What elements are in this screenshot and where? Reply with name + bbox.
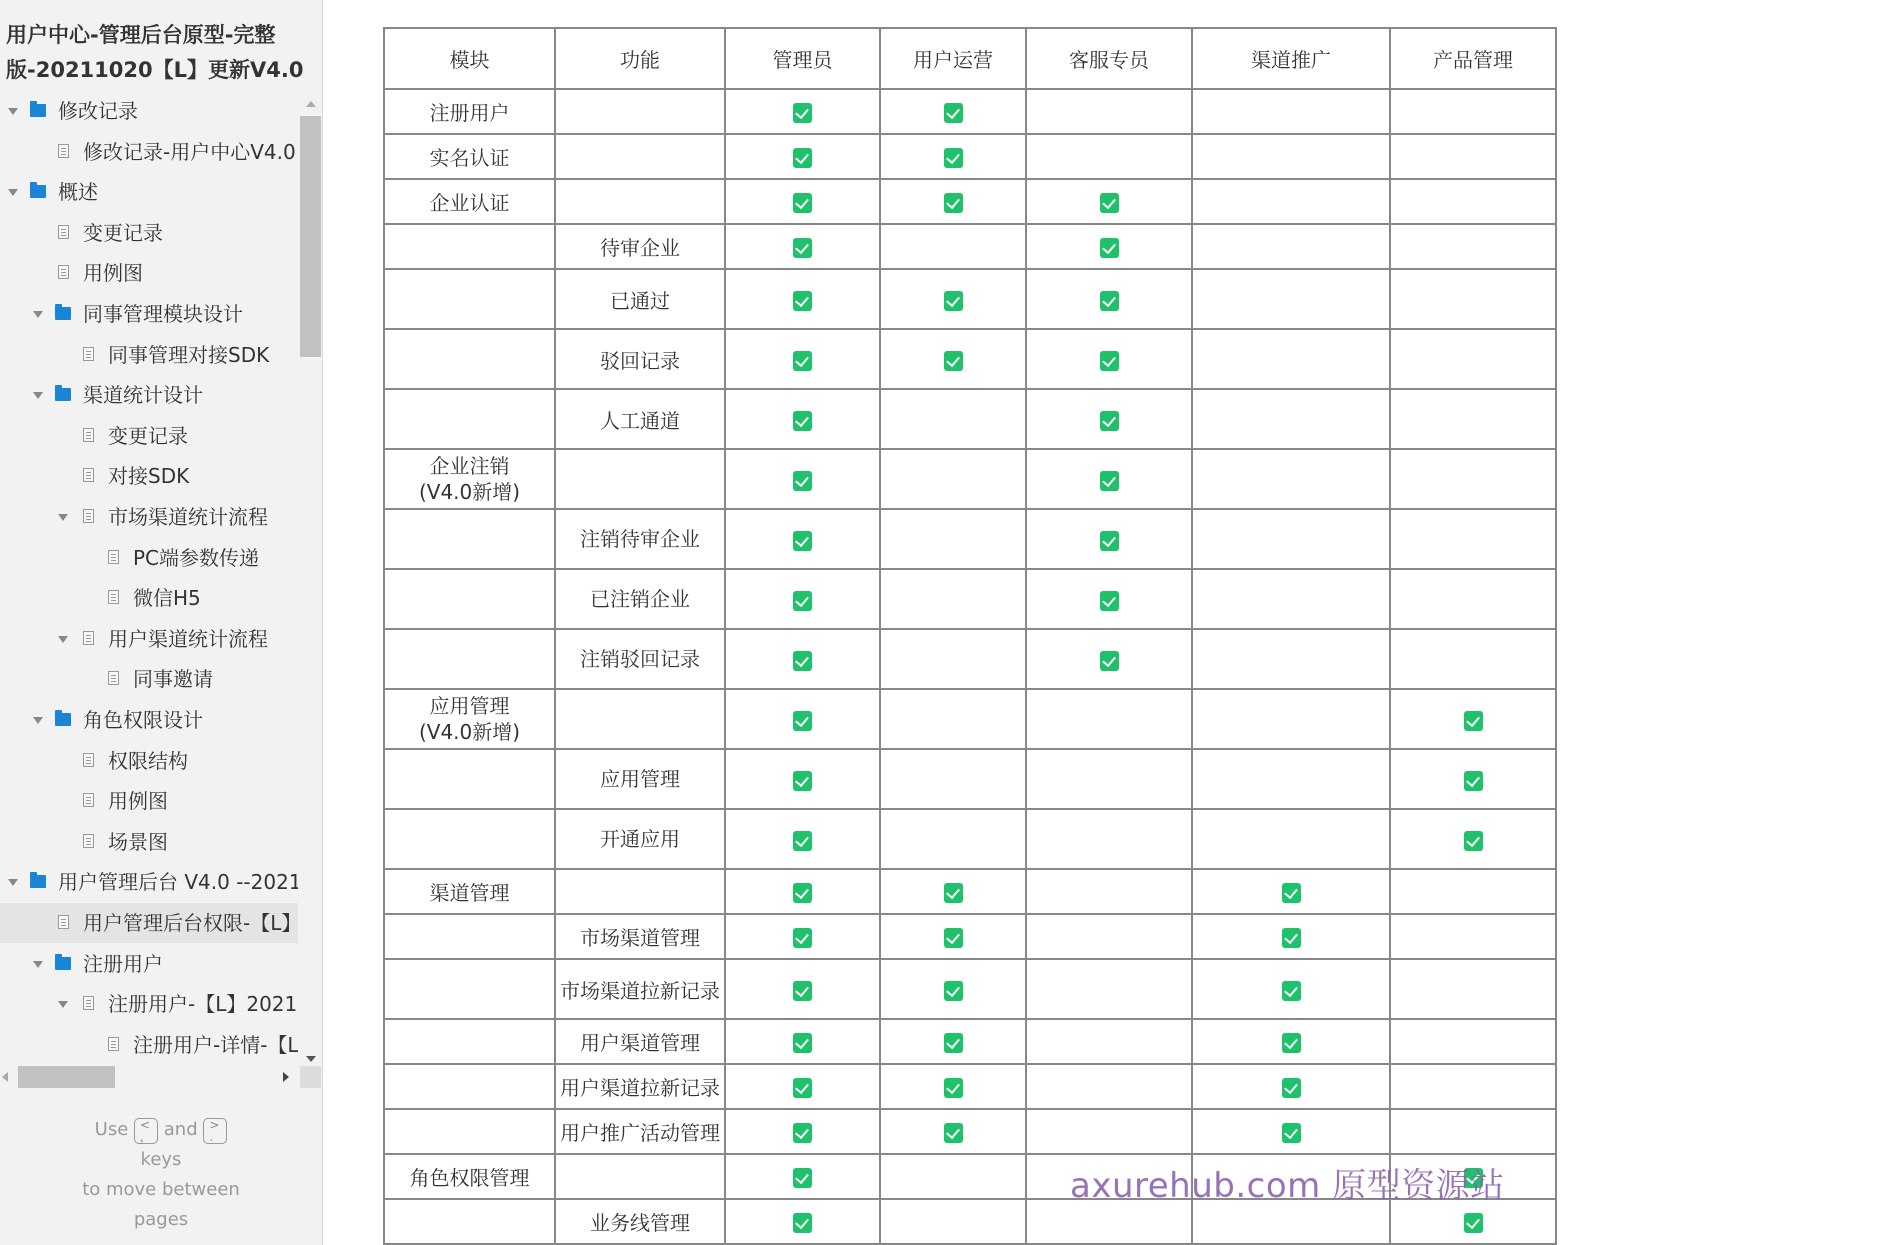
- header-module: 模块: [384, 28, 555, 89]
- hint-and-text: and: [164, 1119, 198, 1140]
- table-header-row: 模块 功能 管理员 用户运营 客服专员 渠道推广 产品管理: [384, 28, 1556, 89]
- permission-cell: [1390, 689, 1556, 749]
- expand-arrow-icon[interactable]: [8, 108, 18, 115]
- permission-cell: [880, 224, 1026, 269]
- checkbox-checked-icon[interactable]: [793, 471, 812, 491]
- checkbox-checked-icon[interactable]: [944, 981, 963, 1001]
- checkbox-checked-icon[interactable]: [1464, 1213, 1483, 1233]
- permission-cell: [1192, 569, 1390, 629]
- checkbox-checked-icon[interactable]: [793, 531, 812, 551]
- checkbox-checked-icon[interactable]: [1282, 928, 1301, 948]
- checkbox-checked-icon[interactable]: [1282, 1123, 1301, 1143]
- function-cell: 应用管理: [555, 749, 725, 809]
- checkbox-checked-icon[interactable]: [1282, 883, 1301, 903]
- permission-cell: [1026, 1019, 1192, 1064]
- checkbox-checked-icon[interactable]: [793, 1213, 812, 1233]
- permission-cell: [1390, 749, 1556, 809]
- sidebar-item-label: 同事管理对接SDK: [108, 335, 269, 375]
- function-cell: 已注销企业: [555, 569, 725, 629]
- page-icon: [58, 225, 69, 239]
- checkbox-checked-icon[interactable]: [944, 1078, 963, 1098]
- module-cell: [384, 569, 555, 629]
- permission-cell: [725, 224, 880, 269]
- sidebar-item-label: 对接SDK: [108, 456, 189, 496]
- permission-cell: [880, 89, 1026, 134]
- table-row: 开通应用: [384, 809, 1556, 869]
- permission-cell: [1390, 914, 1556, 959]
- prev-key-icon: <,: [134, 1118, 158, 1144]
- permission-cell: [1192, 329, 1390, 389]
- function-cell: 驳回记录: [555, 329, 725, 389]
- module-cell: [384, 269, 555, 329]
- sidebar-item-label: 变更记录: [83, 213, 163, 253]
- permission-cell: [1026, 179, 1192, 224]
- checkbox-checked-icon[interactable]: [944, 1123, 963, 1143]
- checkbox-checked-icon[interactable]: [1100, 651, 1119, 671]
- page-icon: [108, 1037, 119, 1051]
- table-row: 注册用户: [384, 89, 1556, 134]
- permission-cell: [1026, 509, 1192, 569]
- sidebar-item-label: 用例图: [83, 253, 143, 293]
- permission-cell: [1192, 1019, 1390, 1064]
- scroll-down-arrow-icon[interactable]: [306, 1056, 316, 1062]
- permission-cell: [1390, 449, 1556, 509]
- sidebar-item-label: 权限结构: [108, 741, 188, 781]
- checkbox-checked-icon[interactable]: [1464, 711, 1483, 731]
- permission-cell: [1390, 269, 1556, 329]
- permission-cell: [1390, 1109, 1556, 1154]
- module-cell: [384, 224, 555, 269]
- checkbox-checked-icon[interactable]: [1282, 981, 1301, 1001]
- sidebar-item-label: PC端参数传递: [133, 538, 259, 578]
- module-cell: [384, 1064, 555, 1109]
- page-icon: [108, 590, 119, 604]
- table-row: 应用管理(V4.0新增): [384, 689, 1556, 749]
- table-row: 注销驳回记录: [384, 629, 1556, 689]
- function-cell: [555, 689, 725, 749]
- permission-cell: [1192, 269, 1390, 329]
- permission-cell: [1192, 959, 1390, 1019]
- permission-cell: [880, 1064, 1026, 1109]
- page-icon: [83, 468, 94, 482]
- expand-arrow-icon[interactable]: [33, 961, 43, 968]
- vertical-scroll-thumb[interactable]: [300, 116, 321, 357]
- sidebar-item[interactable]: 渠道统计设计: [0, 375, 298, 415]
- checkbox-checked-icon[interactable]: [1100, 591, 1119, 611]
- permission-cell: [1026, 869, 1192, 914]
- table-row: 企业注销(V4.0新增): [384, 449, 1556, 509]
- sidebar-item[interactable]: 概述: [0, 172, 298, 212]
- folder-icon: [30, 875, 46, 888]
- header-admin: 管理员: [725, 28, 880, 89]
- permission-cell: [1026, 329, 1192, 389]
- page-icon: [83, 631, 94, 645]
- checkbox-checked-icon[interactable]: [793, 928, 812, 948]
- checkbox-checked-icon[interactable]: [1100, 411, 1119, 431]
- permission-cell: [1026, 224, 1192, 269]
- permission-cell: [880, 509, 1026, 569]
- folder-icon: [55, 957, 71, 970]
- sidebar-item-label: 微信H5: [133, 578, 201, 618]
- sidebar-item[interactable]: 注册用户: [0, 944, 298, 984]
- page-icon: [83, 834, 94, 848]
- function-cell: 已通过: [555, 269, 725, 329]
- module-cell: [384, 329, 555, 389]
- permission-cell: [1192, 629, 1390, 689]
- table-row: 注销待审企业: [384, 509, 1556, 569]
- sidebar: 用户中心-管理后台原型-完整版-20211020【L】更新V4.0 修改记录修改…: [0, 0, 323, 1245]
- permission-cell: [880, 269, 1026, 329]
- checkbox-checked-icon[interactable]: [793, 1168, 812, 1188]
- sidebar-item[interactable]: 注册用户-【L】2021: [0, 984, 298, 1024]
- main-content: 模块 功能 管理员 用户运营 客服专员 渠道推广 产品管理 注册用户实名认证企业…: [323, 0, 1893, 1245]
- permission-cell: [1390, 1019, 1556, 1064]
- expand-arrow-icon[interactable]: [8, 879, 18, 886]
- function-cell: [555, 449, 725, 509]
- header-channel-promotion: 渠道推广: [1192, 28, 1390, 89]
- sidebar-item-label: 市场渠道统计流程: [108, 497, 268, 537]
- table-row: 驳回记录: [384, 329, 1556, 389]
- permission-cell: [1026, 134, 1192, 179]
- permission-cell: [725, 689, 880, 749]
- checkbox-checked-icon[interactable]: [1464, 771, 1483, 791]
- permission-cell: [1192, 809, 1390, 869]
- permission-cell: [1026, 569, 1192, 629]
- permission-cell: [880, 134, 1026, 179]
- checkbox-checked-icon[interactable]: [1282, 1078, 1301, 1098]
- sidebar-item-label: 场景图: [108, 822, 168, 862]
- sidebar-item[interactable]: 修改记录: [0, 91, 298, 131]
- page-icon: [58, 915, 69, 929]
- permission-cell: [1390, 509, 1556, 569]
- permission-cell: [725, 809, 880, 869]
- permission-cell: [1192, 1109, 1390, 1154]
- folder-icon: [30, 104, 46, 117]
- vertical-scrollbar[interactable]: [300, 94, 321, 1066]
- checkbox-checked-icon[interactable]: [1100, 238, 1119, 258]
- table-row: 市场渠道拉新记录: [384, 959, 1556, 1019]
- checkbox-checked-icon[interactable]: [944, 148, 963, 168]
- function-cell: 注销待审企业: [555, 509, 725, 569]
- checkbox-checked-icon[interactable]: [793, 1078, 812, 1098]
- checkbox-checked-icon[interactable]: [793, 103, 812, 123]
- permission-cell: [1026, 629, 1192, 689]
- function-cell: [555, 179, 725, 224]
- table-row: 已通过: [384, 269, 1556, 329]
- module-cell: [384, 914, 555, 959]
- permission-cell: [725, 179, 880, 224]
- permission-cell: [880, 179, 1026, 224]
- table-row: 人工通道: [384, 389, 1556, 449]
- permission-cell: [1026, 1064, 1192, 1109]
- sidebar-item[interactable]: 同事邀请: [0, 659, 298, 699]
- folder-icon: [30, 185, 46, 198]
- checkbox-checked-icon[interactable]: [944, 1033, 963, 1053]
- keyboard-hint: Use <, and >. keys to move between pages: [0, 1115, 322, 1235]
- sidebar-item-label: 角色权限设计: [83, 700, 203, 740]
- table-row: 渠道管理: [384, 869, 1556, 914]
- module-cell: 实名认证: [384, 134, 555, 179]
- checkbox-checked-icon[interactable]: [793, 883, 812, 903]
- expand-arrow-icon[interactable]: [33, 311, 43, 318]
- scroll-up-arrow-icon[interactable]: [306, 101, 316, 107]
- module-cell: [384, 749, 555, 809]
- permission-cell: [1390, 569, 1556, 629]
- sidebar-item[interactable]: 角色权限设计: [0, 700, 298, 740]
- sidebar-item-label: 用户渠道统计流程: [108, 619, 268, 659]
- checkbox-checked-icon[interactable]: [793, 238, 812, 258]
- permission-cell: [880, 569, 1026, 629]
- permission-cell: [1026, 809, 1192, 869]
- checkbox-checked-icon[interactable]: [944, 193, 963, 213]
- checkbox-checked-icon[interactable]: [793, 651, 812, 671]
- function-cell: 人工通道: [555, 389, 725, 449]
- permission-cell: [1192, 509, 1390, 569]
- scroll-right-arrow-icon[interactable]: [283, 1072, 289, 1082]
- permission-cell: [1390, 869, 1556, 914]
- permission-cell: [725, 134, 880, 179]
- permission-cell: [880, 749, 1026, 809]
- permission-cell: [1192, 449, 1390, 509]
- sidebar-item[interactable]: 用户管理后台权限-【L】: [0, 903, 298, 943]
- page-icon: [58, 144, 69, 158]
- permission-cell: [725, 914, 880, 959]
- page-icon: [83, 753, 94, 767]
- page-icon: [83, 428, 94, 442]
- permission-cell: [880, 1154, 1026, 1199]
- permission-cell: [725, 1019, 880, 1064]
- permission-cell: [1390, 959, 1556, 1019]
- sidebar-item-label: 同事邀请: [133, 659, 213, 699]
- permission-cell: [1192, 224, 1390, 269]
- checkbox-checked-icon[interactable]: [793, 291, 812, 311]
- module-cell: 角色权限管理: [384, 1154, 555, 1199]
- checkbox-checked-icon[interactable]: [1464, 831, 1483, 851]
- permission-cell: [880, 689, 1026, 749]
- permission-cell: [725, 1154, 880, 1199]
- sidebar-item[interactable]: PC端参数传递: [0, 538, 298, 578]
- sidebar-item-label: 用户管理后台 V4.0 --2021: [58, 862, 298, 902]
- sidebar-item-label: 修改记录: [58, 91, 138, 131]
- checkbox-checked-icon[interactable]: [1100, 351, 1119, 371]
- sidebar-item[interactable]: 用例图: [0, 781, 298, 821]
- sidebar-item[interactable]: 注册用户-详情-【L】: [0, 1025, 298, 1065]
- permission-cell: [725, 749, 880, 809]
- module-cell: 企业注销(V4.0新增): [384, 449, 555, 509]
- checkbox-checked-icon[interactable]: [944, 291, 963, 311]
- checkbox-checked-icon[interactable]: [1282, 1033, 1301, 1053]
- function-cell: 用户渠道管理: [555, 1019, 725, 1064]
- sidebar-item[interactable]: 对接SDK: [0, 456, 298, 496]
- table-row: 应用管理: [384, 749, 1556, 809]
- permission-cell: [725, 959, 880, 1019]
- permission-cell: [1192, 389, 1390, 449]
- checkbox-checked-icon[interactable]: [793, 351, 812, 371]
- function-cell: [555, 134, 725, 179]
- expand-arrow-icon[interactable]: [58, 1001, 68, 1008]
- checkbox-checked-icon[interactable]: [944, 883, 963, 903]
- checkbox-checked-icon[interactable]: [1100, 471, 1119, 491]
- function-cell: [555, 89, 725, 134]
- sidebar-item[interactable]: 用户渠道统计流程: [0, 619, 298, 659]
- scroll-left-arrow-icon[interactable]: [2, 1072, 8, 1082]
- module-cell: 渠道管理: [384, 869, 555, 914]
- checkbox-checked-icon[interactable]: [793, 711, 812, 731]
- watermark: axurehub.com 原型资源站: [1070, 1158, 1505, 1207]
- checkbox-checked-icon[interactable]: [1100, 291, 1119, 311]
- checkbox-checked-icon[interactable]: [944, 928, 963, 948]
- checkbox-checked-icon[interactable]: [793, 981, 812, 1001]
- module-cell: [384, 509, 555, 569]
- checkbox-checked-icon[interactable]: [793, 193, 812, 213]
- permission-cell: [725, 89, 880, 134]
- function-cell: 开通应用: [555, 809, 725, 869]
- permission-cell: [1390, 629, 1556, 689]
- permission-cell: [1026, 914, 1192, 959]
- hint-keys-text: keys: [0, 1145, 322, 1175]
- folder-icon: [55, 713, 71, 726]
- permission-cell: [725, 389, 880, 449]
- permission-cell: [1192, 179, 1390, 224]
- project-title: 用户中心-管理后台原型-完整版-20211020【L】更新V4.0: [6, 18, 306, 88]
- expand-arrow-icon[interactable]: [33, 392, 43, 399]
- sidebar-item-label: 注册用户-详情-【L】: [133, 1025, 298, 1065]
- sidebar-item[interactable]: 同事管理模块设计: [0, 294, 298, 334]
- table-row: 用户渠道拉新记录: [384, 1064, 1556, 1109]
- permission-cell: [1390, 134, 1556, 179]
- permission-cell: [1026, 959, 1192, 1019]
- page-icon: [58, 265, 69, 279]
- table-row: 用户渠道管理: [384, 1019, 1556, 1064]
- permission-cell: [1192, 689, 1390, 749]
- module-cell: [384, 1019, 555, 1064]
- module-cell: 注册用户: [384, 89, 555, 134]
- checkbox-checked-icon[interactable]: [1100, 193, 1119, 213]
- sidebar-item[interactable]: 权限结构: [0, 741, 298, 781]
- page-icon: [83, 347, 94, 361]
- sidebar-item[interactable]: 市场渠道统计流程: [0, 497, 298, 537]
- checkbox-checked-icon[interactable]: [793, 771, 812, 791]
- permission-cell: [880, 389, 1026, 449]
- permission-cell: [725, 1064, 880, 1109]
- next-key-icon: >.: [203, 1118, 227, 1144]
- permission-cell: [880, 809, 1026, 869]
- permission-cell: [1390, 329, 1556, 389]
- module-cell: [384, 629, 555, 689]
- permission-cell: [880, 1199, 1026, 1244]
- module-cell: 企业认证: [384, 179, 555, 224]
- table-row: 企业认证: [384, 179, 1556, 224]
- table-row: 市场渠道管理: [384, 914, 1556, 959]
- table-row: 已注销企业: [384, 569, 1556, 629]
- permission-cell: [1026, 749, 1192, 809]
- checkbox-checked-icon[interactable]: [793, 411, 812, 431]
- permission-cell: [880, 1019, 1026, 1064]
- checkbox-checked-icon[interactable]: [793, 148, 812, 168]
- sidebar-item-label: 同事管理模块设计: [83, 294, 243, 334]
- horizontal-scroll-thumb[interactable]: [18, 1066, 115, 1088]
- header-product-management: 产品管理: [1390, 28, 1556, 89]
- page-icon: [83, 509, 94, 523]
- sidebar-item-label: 注册用户-【L】2021: [108, 984, 297, 1024]
- hint-use-text: Use: [95, 1119, 129, 1140]
- expand-arrow-icon[interactable]: [8, 189, 18, 196]
- sidebar-item[interactable]: 修改记录-用户中心V4.0: [0, 132, 298, 172]
- permission-cell: [1192, 89, 1390, 134]
- permission-cell: [1192, 749, 1390, 809]
- checkbox-checked-icon[interactable]: [793, 1123, 812, 1143]
- page-icon: [83, 793, 94, 807]
- checkbox-checked-icon[interactable]: [1100, 531, 1119, 551]
- permission-cell: [1390, 809, 1556, 869]
- folder-icon: [55, 307, 71, 320]
- sidebar-item[interactable]: 用例图: [0, 253, 298, 293]
- permission-cell: [725, 569, 880, 629]
- sidebar-item[interactable]: 同事管理对接SDK: [0, 335, 298, 375]
- expand-arrow-icon[interactable]: [33, 717, 43, 724]
- page-icon: [83, 996, 94, 1010]
- sidebar-item-label: 用例图: [108, 781, 168, 821]
- checkbox-checked-icon[interactable]: [793, 1033, 812, 1053]
- hint-line2-text: to move between: [0, 1175, 322, 1205]
- hint-line3-text: pages: [0, 1205, 322, 1235]
- sidebar-item-label: 用户管理后台权限-【L】: [83, 903, 298, 943]
- checkbox-checked-icon[interactable]: [793, 831, 812, 851]
- permission-cell: [880, 914, 1026, 959]
- permission-cell: [725, 869, 880, 914]
- header-customer-service: 客服专员: [1026, 28, 1192, 89]
- sidebar-item-label: 渠道统计设计: [83, 375, 203, 415]
- function-cell: [555, 869, 725, 914]
- table-row: 用户推广活动管理: [384, 1109, 1556, 1154]
- expand-arrow-icon[interactable]: [58, 514, 68, 521]
- checkbox-checked-icon[interactable]: [793, 591, 812, 611]
- permission-table: 模块 功能 管理员 用户运营 客服专员 渠道推广 产品管理 注册用户实名认证企业…: [383, 27, 1557, 1245]
- module-cell: [384, 389, 555, 449]
- permission-cell: [1192, 914, 1390, 959]
- page-icon: [108, 671, 119, 685]
- sidebar-item-label: 修改记录-用户中心V4.0: [83, 132, 296, 172]
- permission-cell: [1026, 269, 1192, 329]
- page-tree: 修改记录修改记录-用户中心V4.0概述变更记录用例图同事管理模块设计同事管理对接…: [0, 90, 298, 1065]
- function-cell: 用户渠道拉新记录: [555, 1064, 725, 1109]
- expand-arrow-icon[interactable]: [58, 636, 68, 643]
- function-cell: 用户推广活动管理: [555, 1109, 725, 1154]
- permission-cell: [1390, 1064, 1556, 1109]
- permission-cell: [880, 629, 1026, 689]
- table-row: 实名认证: [384, 134, 1556, 179]
- header-user-ops: 用户运营: [880, 28, 1026, 89]
- sidebar-item[interactable]: 用户管理后台 V4.0 --2021: [0, 862, 298, 902]
- horizontal-scrollbar[interactable]: [0, 1066, 298, 1088]
- permission-cell: [725, 329, 880, 389]
- checkbox-checked-icon[interactable]: [944, 103, 963, 123]
- sidebar-item[interactable]: 变更记录: [0, 213, 298, 253]
- permission-cell: [880, 1109, 1026, 1154]
- permission-cell: [880, 329, 1026, 389]
- module-cell: 应用管理(V4.0新增): [384, 689, 555, 749]
- sidebar-item-label: 变更记录: [108, 416, 188, 456]
- sidebar-item[interactable]: 场景图: [0, 822, 298, 862]
- permission-cell: [1026, 689, 1192, 749]
- sidebar-item[interactable]: 微信H5: [0, 578, 298, 618]
- permission-cell: [880, 869, 1026, 914]
- function-cell: 待审企业: [555, 224, 725, 269]
- sidebar-item[interactable]: 变更记录: [0, 416, 298, 456]
- permission-cell: [1026, 89, 1192, 134]
- checkbox-checked-icon[interactable]: [944, 351, 963, 371]
- table-row: 待审企业: [384, 224, 1556, 269]
